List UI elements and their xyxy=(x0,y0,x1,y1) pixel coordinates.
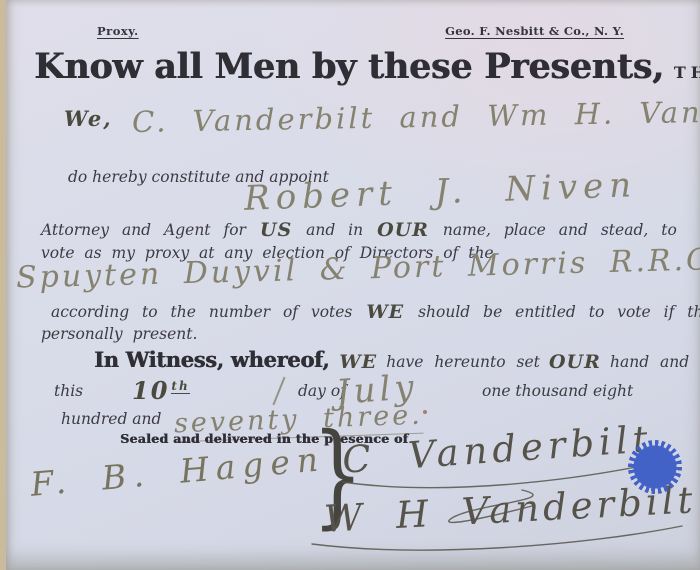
handwritten-our-2: OUR xyxy=(549,351,601,373)
title-blackletter: Know all Men by these Presents, xyxy=(34,46,664,87)
body-line-3: according to the number of votes WE shou… xyxy=(51,301,700,323)
printed-fragment: name, place and stead, to xyxy=(443,221,677,239)
pen-stroke xyxy=(272,377,285,406)
day-ordinal: th xyxy=(171,379,189,394)
day-number: 10 xyxy=(132,376,169,405)
printer-imprint: Geo. F. Nesbitt & Co., N. Y. xyxy=(445,24,624,38)
handwritten-we: We, xyxy=(64,106,113,131)
handwritten-principals: C. Vanderbilt and Wm H. Vanderbilt xyxy=(131,93,700,139)
handwritten-us: US xyxy=(260,219,292,241)
printed-fragment: Attorney and Agent for xyxy=(41,221,246,239)
handwritten-day: 10th xyxy=(132,376,190,405)
body-line-4: personally present. xyxy=(41,325,197,343)
proxy-label: Proxy. xyxy=(97,24,139,38)
printed-fragment: and in xyxy=(306,221,363,239)
foxing-spot xyxy=(423,410,427,414)
year-printed-a: one thousand eight xyxy=(482,382,633,400)
title-that: THAT xyxy=(674,63,700,82)
principals-line: We, C. Vanderbilt and Wm H. Vanderbilt xyxy=(64,99,694,133)
printed-fragment: should be entitled to vote if then xyxy=(418,303,700,321)
body-line-1: Attorney and Agent for US and in OUR nam… xyxy=(41,219,677,241)
handwritten-we-2: WE xyxy=(366,301,404,323)
blue-wafer-seal xyxy=(628,440,682,494)
printed-fragment: hand and seal xyxy=(610,353,700,371)
this-label: this xyxy=(54,382,83,400)
handwritten-our: OUR xyxy=(377,219,429,241)
year-printed-b: hundred and xyxy=(61,410,161,428)
proxy-document: Proxy. Geo. F. Nesbitt & Co., N. Y. Know… xyxy=(6,0,700,570)
witness-signature: F. B. Hagen xyxy=(29,439,327,504)
scanned-document: Proxy. Geo. F. Nesbitt & Co., N. Y. Know… xyxy=(0,0,700,570)
document-title: Know all Men by these Presents,THAT xyxy=(34,46,674,87)
printed-fragment: according to the number of votes xyxy=(51,303,352,321)
in-witness-blackletter: In Witness, whereof, xyxy=(94,347,329,372)
